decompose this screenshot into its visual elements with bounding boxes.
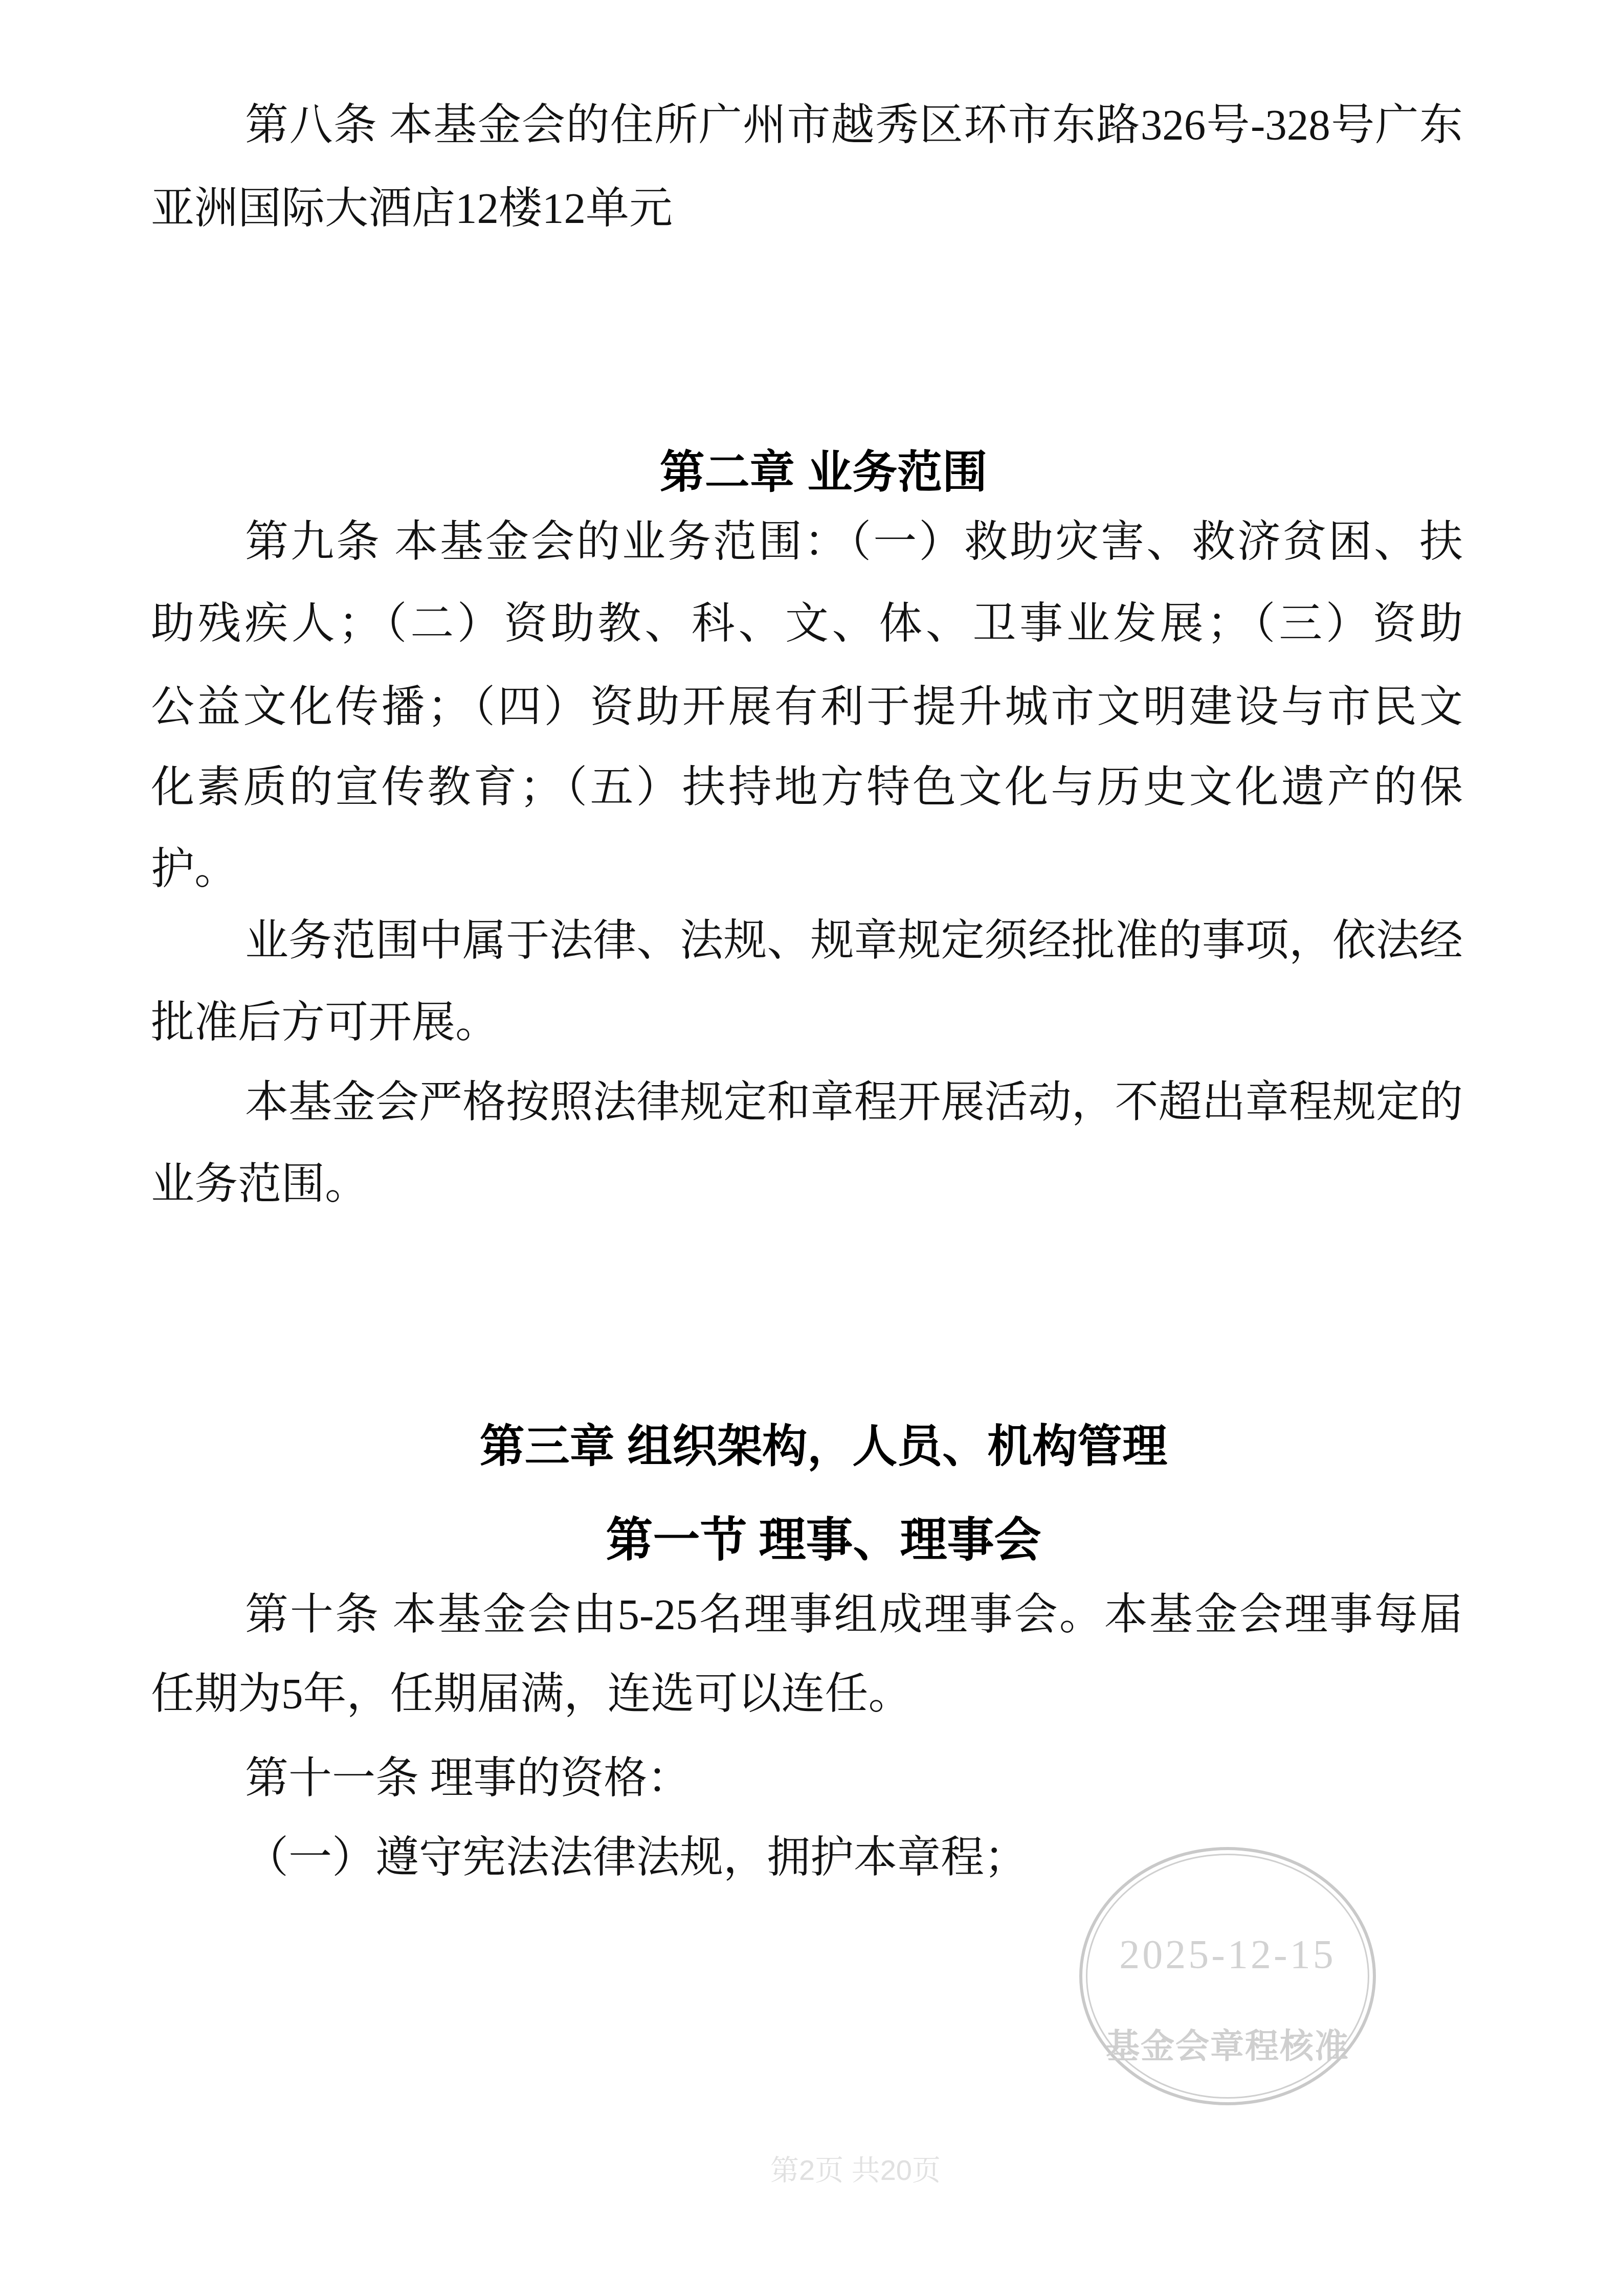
page-number-indicator: 第2页 共20页 — [87, 2148, 1624, 2189]
stamp-date: 2025-12-15 — [1082, 1932, 1373, 1978]
approval-stamp-icon: 2025-12-15 基金会章程核准 — [1079, 1847, 1376, 2105]
article9-line3: 公益文化传播；（四）资助开展有利于提升城市文明建设与市民文 — [151, 683, 1463, 733]
article9-line1: 第九条 本基金会的业务范围：（一）救助灾害、救济贫困、扶 — [151, 517, 1463, 568]
stamp-label: 基金会章程核准 — [1082, 2019, 1373, 2067]
chapter2-heading: 第二章 业务范围 — [23, 447, 1624, 497]
article10-line2: 任期为5年，任期届满，连选可以连任。 — [151, 1670, 1463, 1720]
compliance-paragraph-line2: 业务范围。 — [151, 1160, 1463, 1210]
chapter3-heading: 第三章 组织架构，人员、机构管理 — [23, 1422, 1624, 1471]
article9-line4: 化素质的宣传教育；（五）扶持地方特色文化与历史文化遗产的保 — [151, 763, 1463, 813]
article8-line2: 亚洲国际大酒店12楼12单元 — [151, 184, 1463, 234]
article8-line1: 第八条 本基金会的住所广州市越秀区环市东路326号-328号广东 — [151, 101, 1463, 151]
approval-paragraph-line1: 业务范围中属于法律、法规、规章规定须经批准的事项，依法经 — [151, 916, 1463, 966]
article9-line5: 护。 — [151, 845, 1463, 895]
compliance-paragraph-line1: 本基金会严格按照法律规定和章程开展活动，不超出章程规定的 — [151, 1078, 1463, 1128]
article9-line2: 助残疾人；（二）资助教、科、文、体、卫事业发展；（三）资助 — [151, 599, 1463, 649]
approval-paragraph-line2: 批准后方可开展。 — [151, 998, 1463, 1048]
section1-heading: 第一节 理事、理事会 — [23, 1515, 1624, 1566]
article11-title: 第十一条 理事的资格： — [151, 1754, 1463, 1804]
article10-line1: 第十条 本基金会由5-25名理事组成理事会。本基金会理事每届 — [151, 1590, 1463, 1640]
document-page: 第八条 本基金会的住所广州市越秀区环市东路326号-328号广东 亚洲国际大酒店… — [0, 0, 1624, 2296]
